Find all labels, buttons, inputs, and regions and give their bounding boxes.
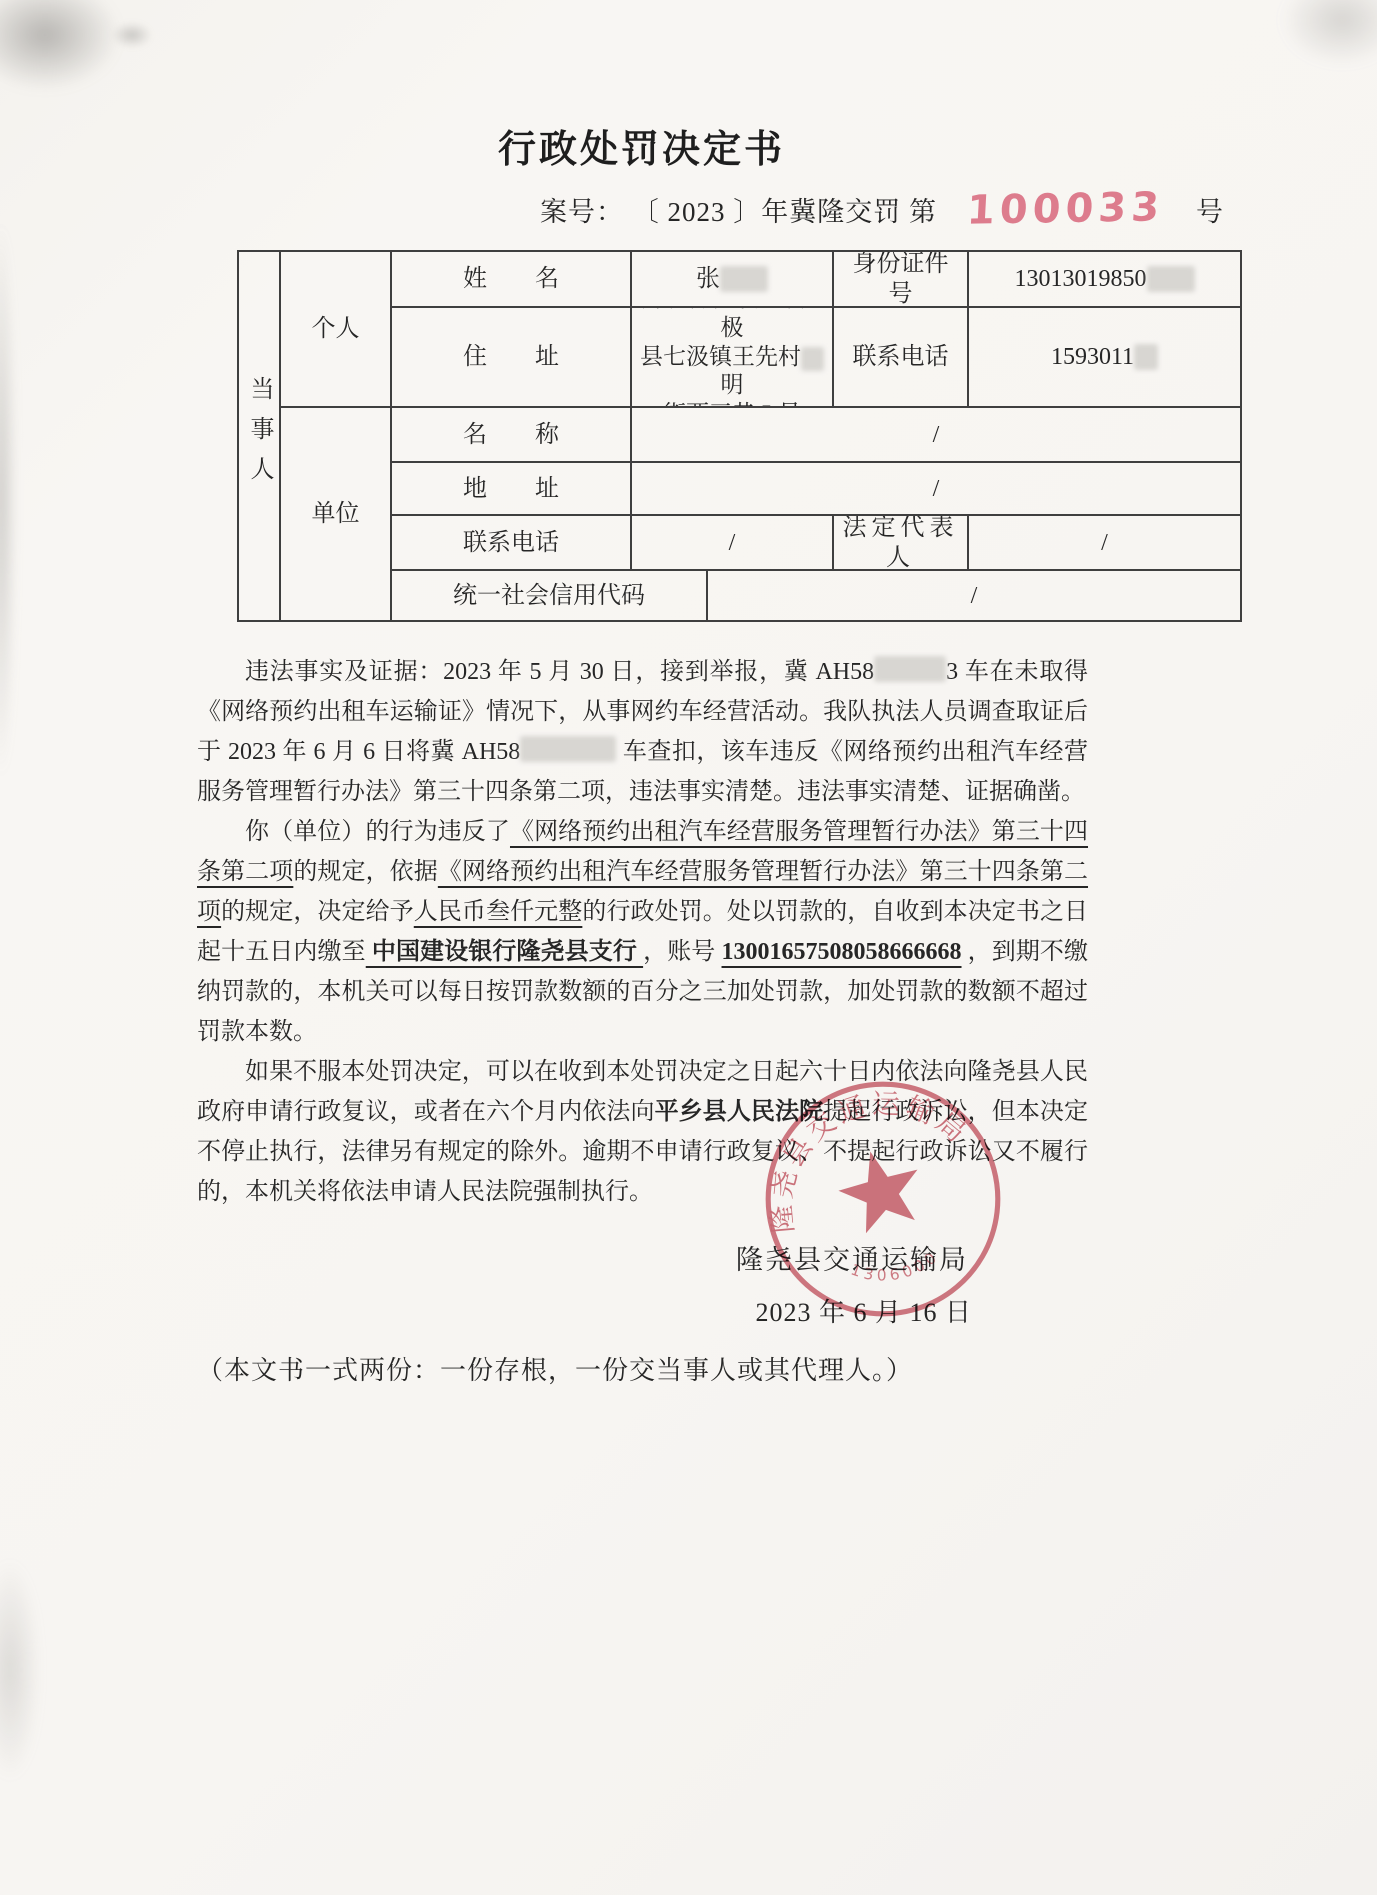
- redaction-patch: [1147, 266, 1195, 291]
- cell-org-phone-value: /: [632, 516, 834, 571]
- text-run: 13001657508058666668: [722, 939, 962, 965]
- scan-smudge: [112, 22, 152, 48]
- text-run: 的规定，决定给予: [221, 899, 414, 925]
- scan-smudge: [1282, 0, 1377, 65]
- para-penalty-decision: 你（单位）的行为违反了《网络预约出租汽车经营服务管理暂行办法》第三十四条第二项的…: [197, 812, 1088, 1052]
- redaction-patch: [520, 736, 616, 761]
- redaction-patch: [874, 656, 946, 681]
- cell-credit-code-value: /: [708, 571, 1242, 622]
- para-appeal-rights: 如果不服本处罚决定，可以在收到本处罚决定之日起六十日内依法向隆尧县人民政府申请行…: [197, 1052, 1088, 1212]
- cell-address-label: 住 址: [392, 308, 632, 408]
- cell-org-address-label: 地 址: [392, 463, 632, 516]
- para-violation-facts: 违法事实及证据：2023 年 5 月 30 日，接到举报，冀 AH58 3 车在…: [197, 652, 1088, 812]
- text-run: 你（单位）的行为违反了: [245, 819, 510, 845]
- footer-note: （本文书一式两份：一份存根，一份交当事人或其代理人。）: [197, 1350, 913, 1387]
- text-run: 平乡县人民法院: [655, 1099, 824, 1125]
- cell-party-label: 当事人: [239, 252, 281, 622]
- text-run: 的规定，依据: [293, 859, 438, 885]
- redaction-patch: [801, 347, 824, 371]
- cell-unit-label: 单位: [281, 408, 392, 622]
- signature-agency: 隆尧县交通运输局: [0, 1238, 968, 1277]
- signature-date: 2023 年 6 月 16 日: [0, 1292, 972, 1329]
- case-number-suffix: 号: [1196, 190, 1224, 229]
- text-run: 违法事实及证据：2023 年 5 月 30 日，接到举报，冀 AH58: [245, 659, 874, 685]
- cell-id-label: 身份证件号: [834, 252, 969, 308]
- cell-org-phone-label: 联系电话: [392, 516, 632, 571]
- party-info-table: 当事人 个人 姓 名 张 身份证件号 13013019850 住 址 河北省石家…: [237, 250, 1242, 622]
- cell-org-name-value: /: [632, 408, 1242, 463]
- cell-phone-value: 1593011: [969, 308, 1242, 408]
- text-run: 县七汲镇王先村: [640, 344, 801, 369]
- cell-credit-code-label: 统一社会信用代码: [392, 571, 708, 622]
- cell-legal-rep-value: /: [969, 516, 1242, 571]
- scan-smudge: [0, 1560, 40, 1780]
- address-line-1: 河北省石家庄市无极: [632, 308, 832, 343]
- cell-phone-label: 联系电话: [834, 308, 969, 408]
- redaction-patch: [1134, 344, 1158, 369]
- address-line-3: 街西三巷 5 号: [663, 400, 801, 408]
- text-run: 13013019850: [1015, 264, 1147, 294]
- cell-org-address-value: /: [632, 463, 1242, 516]
- text-run: 1593011: [1051, 342, 1134, 372]
- document-body: 违法事实及证据：2023 年 5 月 30 日，接到举报，冀 AH58 3 车在…: [197, 652, 1088, 1212]
- scanned-penalty-document: 行政处罚决定书 案号： 〔 2023 〕年冀隆交罚 第 100033 号 当事人…: [0, 0, 1377, 1895]
- text-run: 人民币叁仟元整: [414, 899, 583, 925]
- doc-title: 行政处罚决定书: [195, 118, 1088, 173]
- scan-smudge: [0, 220, 16, 780]
- cell-person-label: 个人: [281, 252, 392, 408]
- redaction-patch: [720, 266, 768, 291]
- cell-id-value: 13013019850: [969, 252, 1242, 308]
- cell-org-name-label: 名 称: [392, 408, 632, 463]
- cell-legal-rep-label: 法定代表人: [834, 516, 969, 571]
- text-run: 明: [721, 372, 744, 397]
- address-line-2: 县七汲镇王先村 明: [632, 343, 832, 401]
- scan-smudge: [0, 0, 120, 90]
- case-number-line: 案号： 〔 2023 〕年冀隆交罚 第 100033 号: [540, 186, 1224, 232]
- cell-name-label: 姓 名: [392, 252, 632, 308]
- text-run: ，账号: [643, 939, 721, 965]
- cell-name-value: 张: [632, 252, 834, 308]
- case-number-stamped: 100033: [966, 184, 1166, 233]
- cell-address-value: 河北省石家庄市无极 县七汲镇王先村 明 街西三巷 5 号: [632, 308, 834, 408]
- text-run: 张: [696, 264, 720, 294]
- text-run: 中国建设银行隆尧县支行: [366, 939, 643, 965]
- case-number-prefix: 案号： 〔 2023 〕年冀隆交罚 第: [540, 190, 937, 229]
